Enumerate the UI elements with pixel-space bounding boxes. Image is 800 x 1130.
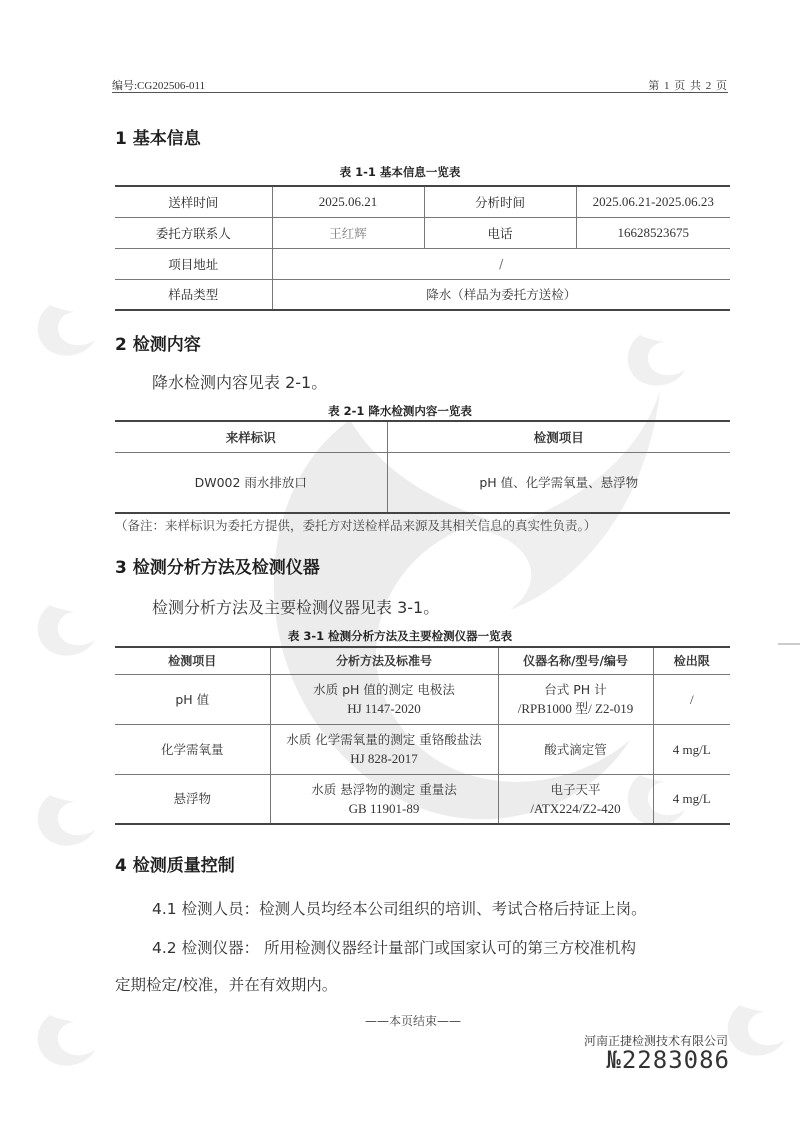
send-time-label: 送样时间 — [115, 186, 272, 217]
phone-label: 电话 — [424, 217, 576, 248]
item-header: 检测项目 — [115, 647, 270, 674]
instrument-header: 仪器名称/型号/编号 — [498, 647, 653, 674]
instrument-cell: 酸式滴定管 — [498, 724, 653, 774]
table-row: 项目地址 / — [115, 248, 730, 279]
section-3-intro: 检测分析方法及主要检测仪器见表 3-1。 — [152, 595, 439, 618]
test-content-table: 来样标识 检测项目 DW002 雨水排放口 pH 值、化学需氧量、悬浮物 — [115, 420, 730, 514]
qc-instruments-line2: 定期检定/校准，并在有效期内。 — [115, 973, 337, 995]
method-standard: HJ 1147-2020 — [271, 699, 498, 718]
item-cell: 化学需氧量 — [115, 724, 270, 774]
table-note: （备注：来样标识为委托方提供，委托方对送检样品来源及其相关信息的真实性负责。） — [115, 516, 596, 534]
method-name: 水质 pH 值的测定 电极法 — [271, 680, 498, 699]
logo-watermark-icon — [30, 790, 100, 850]
phone-value: 16628523675 — [576, 217, 730, 248]
instrument-model: /ATX224/Z2-420 — [499, 799, 653, 818]
table-row: 送样时间 2025.06.21 分析时间 2025.06.21-2025.06.… — [115, 186, 730, 217]
method-name: 水质 化学需氧量的测定 重铬酸盐法 — [271, 730, 498, 749]
limit-header: 检出限 — [653, 647, 730, 674]
limit-cell: 4 mg/L — [653, 774, 730, 824]
sample-id-cell: DW002 雨水排放口 — [115, 452, 387, 513]
table-row: DW002 雨水排放口 pH 值、化学需氧量、悬浮物 — [115, 452, 730, 513]
section-4-title: 4 检测质量控制 — [115, 851, 235, 876]
send-time-value: 2025.06.21 — [272, 186, 424, 217]
serial-number: №2283086 — [606, 1046, 730, 1074]
logo-watermark-icon — [30, 1010, 100, 1070]
test-items-cell: pH 值、化学需氧量、悬浮物 — [387, 452, 730, 513]
instrument-cell: 电子天平/ATX224/Z2-420 — [498, 774, 653, 824]
section-2-intro: 降水检测内容见表 2-1。 — [152, 370, 327, 393]
address-value: / — [272, 248, 730, 279]
analysis-time-label: 分析时间 — [424, 186, 576, 217]
table-row: 样品类型 降水（样品为委托方送检） — [115, 279, 730, 310]
method-instrument-table: 检测项目 分析方法及标准号 仪器名称/型号/编号 检出限 pH 值 水质 pH … — [115, 646, 730, 825]
table-2-1-caption: 表 2-1 降水检测内容一览表 — [0, 403, 800, 419]
table-row: 悬浮物 水质 悬浮物的测定 重量法GB 11901-89 电子天平/ATX224… — [115, 774, 730, 824]
item-cell: 悬浮物 — [115, 774, 270, 824]
instrument-model: /RPB1000 型/ Z2-019 — [499, 699, 653, 718]
address-label: 项目地址 — [115, 248, 272, 279]
sample-type-label: 样品类型 — [115, 279, 272, 310]
instrument-name: 台式 PH 计 — [499, 680, 653, 699]
method-header: 分析方法及标准号 — [270, 647, 498, 674]
logo-watermark-icon — [620, 330, 690, 390]
section-1-title: 1 基本信息 — [115, 124, 201, 149]
adjacent-page-fragment — [778, 643, 800, 793]
table-row: pH 值 水质 pH 值的测定 电极法HJ 1147-2020 台式 PH 计/… — [115, 674, 730, 724]
method-cell: 水质 化学需氧量的测定 重铬酸盐法HJ 828-2017 — [270, 724, 498, 774]
page-info: 第 1 页 共 2 页 — [648, 77, 728, 93]
logo-watermark-icon — [720, 1000, 790, 1060]
instrument-cell: 台式 PH 计/RPB1000 型/ Z2-019 — [498, 674, 653, 724]
qc-personnel: 4.1 检测人员：检测人员均经本公司组织的培训、考试合格后持证上岗。 — [152, 897, 647, 919]
table-row: 委托方联系人 王红辉 电话 16628523675 — [115, 217, 730, 248]
contact-value: 王红辉 — [272, 217, 424, 248]
analysis-time-value: 2025.06.21-2025.06.23 — [576, 186, 730, 217]
method-standard: GB 11901-89 — [271, 799, 498, 818]
method-standard: HJ 828-2017 — [271, 749, 498, 768]
instrument-name: 电子天平 — [499, 780, 653, 799]
report-number: 编号:CG202506-011 — [112, 77, 205, 93]
page-end-mark: ——本页结束—— — [365, 1012, 461, 1029]
section-3-title: 3 检测分析方法及检测仪器 — [115, 553, 320, 578]
qc-instruments-line1: 4.2 检测仪器： 所用检测仪器经计量部门或国家认可的第三方校准机构 — [152, 936, 636, 958]
method-cell: 水质 pH 值的测定 电极法HJ 1147-2020 — [270, 674, 498, 724]
table-1-1-caption: 表 1-1 基本信息一览表 — [0, 164, 800, 180]
basic-info-table: 送样时间 2025.06.21 分析时间 2025.06.21-2025.06.… — [115, 185, 730, 311]
item-cell: pH 值 — [115, 674, 270, 724]
page-header: 编号:CG202506-011 第 1 页 共 2 页 — [112, 75, 728, 93]
sample-type-value: 降水（样品为委托方送检） — [272, 279, 730, 310]
method-cell: 水质 悬浮物的测定 重量法GB 11901-89 — [270, 774, 498, 824]
limit-cell: 4 mg/L — [653, 724, 730, 774]
logo-watermark-icon — [30, 300, 100, 360]
table-header-row: 检测项目 分析方法及标准号 仪器名称/型号/编号 检出限 — [115, 647, 730, 674]
table-3-1-caption: 表 3-1 检测分析方法及主要检测仪器一览表 — [0, 628, 800, 644]
table-header-row: 来样标识 检测项目 — [115, 421, 730, 452]
method-name: 水质 悬浮物的测定 重量法 — [271, 780, 498, 799]
test-items-header: 检测项目 — [387, 421, 730, 452]
contact-label: 委托方联系人 — [115, 217, 272, 248]
section-2-title: 2 检测内容 — [115, 330, 201, 355]
sample-id-header: 来样标识 — [115, 421, 387, 452]
table-row: 化学需氧量 水质 化学需氧量的测定 重铬酸盐法HJ 828-2017 酸式滴定管… — [115, 724, 730, 774]
limit-cell: / — [653, 674, 730, 724]
